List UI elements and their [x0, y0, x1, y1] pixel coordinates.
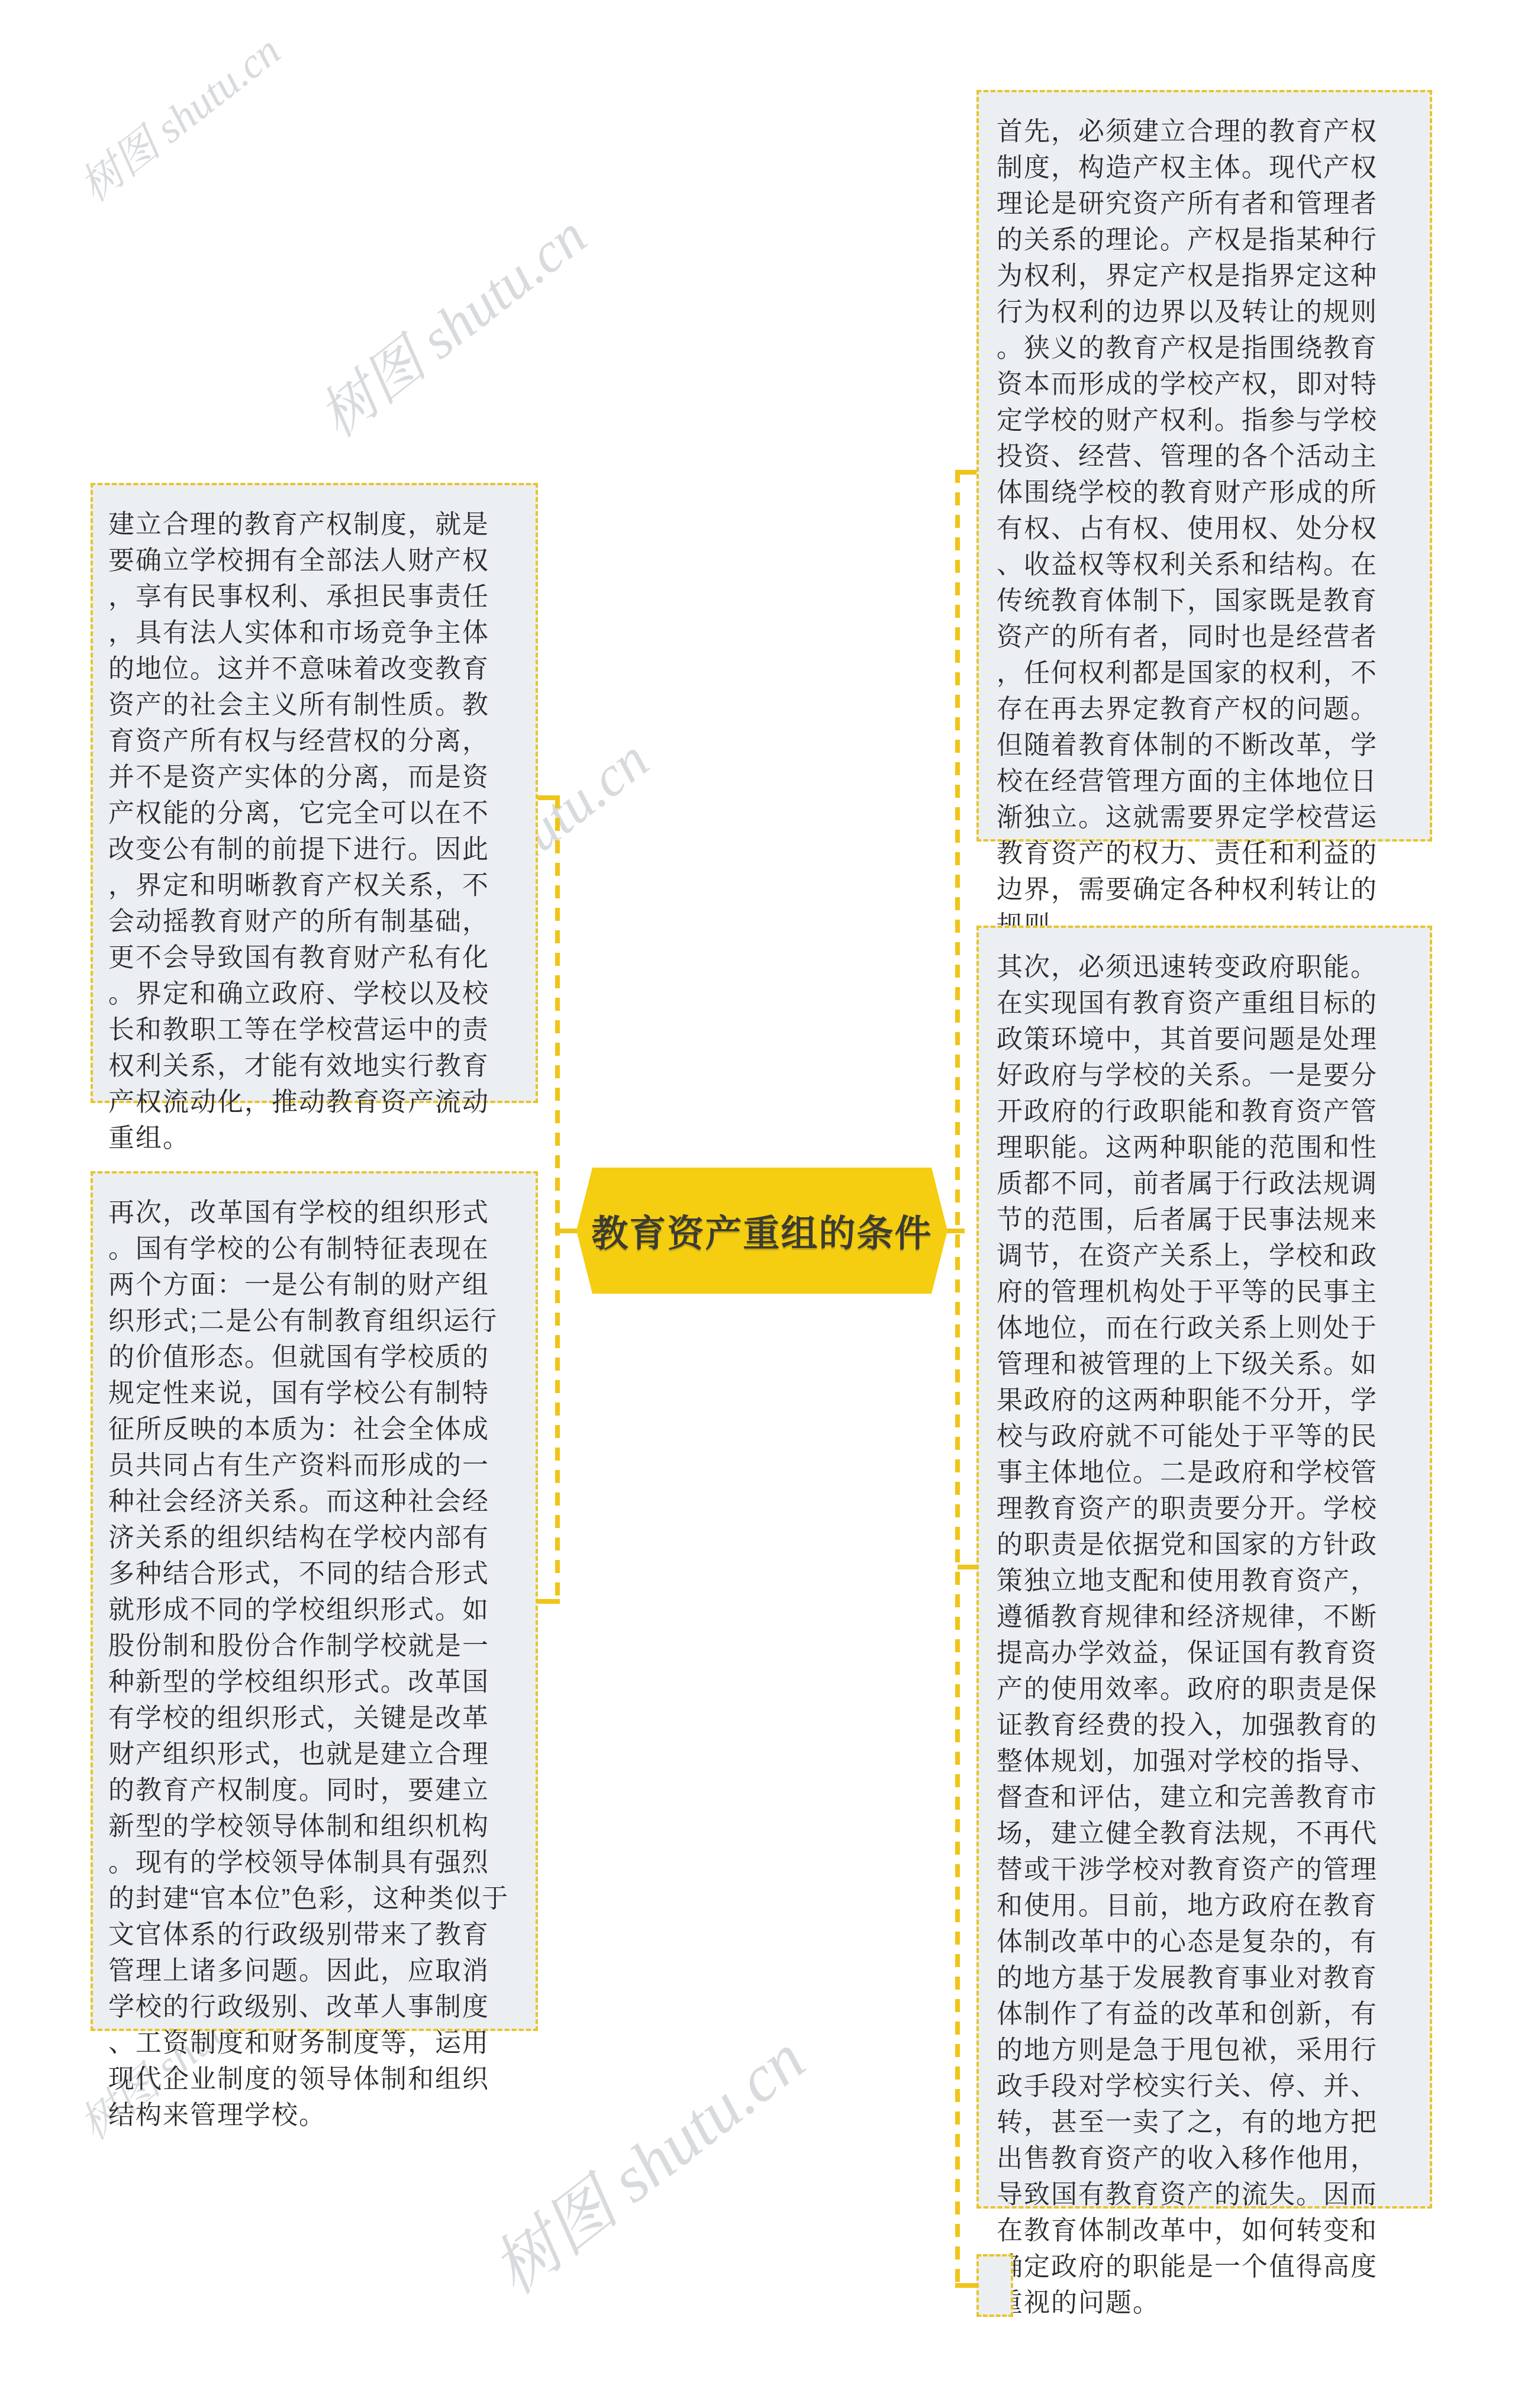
watermark: 树图 shutu.cn — [299, 192, 601, 453]
mindmap-canvas: 树图 shutu.cn 树图 shutu.cn 树图 shutu.cn 树图 s… — [0, 0, 1515, 2408]
connector-left-top-stub — [538, 795, 560, 800]
watermark: 树图 shutu.cn — [65, 18, 291, 214]
central-topic[interactable]: 教育资产重组的条件 — [576, 1168, 947, 1294]
connector-hexagon-right — [945, 1229, 965, 1233]
note-organization-reform[interactable]: 再次，改革国有学校的组织形式。国有学校的公有制特征表现在两个方面：一是公有制的财… — [91, 1171, 538, 2031]
watermark: 树图 shutu.cn — [469, 2008, 821, 2312]
connector-right-mid-stub — [958, 1565, 976, 1569]
connector-right-spine — [955, 470, 960, 2288]
connector-right-top-stub — [958, 470, 976, 475]
connector-hexagon-left — [555, 1229, 579, 1233]
connector-attachment-stub — [955, 2283, 976, 2288]
connector-left-bottom-stub — [538, 1599, 560, 1604]
connector-left-spine — [555, 795, 560, 1604]
attachment-box[interactable] — [976, 2254, 1013, 2317]
note-property-rights[interactable]: 建立合理的教育产权制度，就是要确立学校拥有全部法人财产权，享有民事权利、承担民事… — [91, 483, 538, 1103]
note-first-condition[interactable]: 首先，必须建立合理的教育产权制度，构造产权主体。现代产权理论是研究资产所有者和管… — [976, 90, 1432, 842]
note-second-condition[interactable]: 其次，必须迅速转变政府职能。在实现国有教育资产重组目标的政策环境中，其首要问题是… — [976, 926, 1432, 2209]
